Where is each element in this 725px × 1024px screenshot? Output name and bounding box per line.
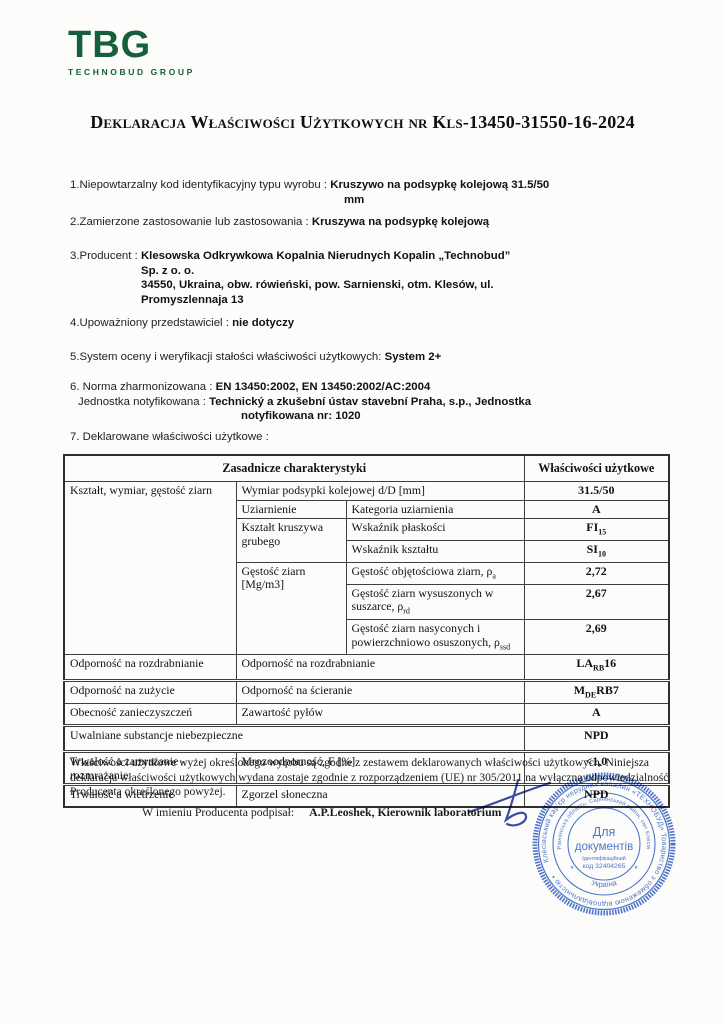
item-1-value-line2: mm (344, 194, 364, 206)
val-fragmentation: LARB16 (524, 655, 669, 681)
item-5-value: System 2+ (385, 351, 442, 363)
table-row: Obecność zanieczyszczeń Zawartość pyłów … (64, 704, 669, 726)
item-7-declared-performance: 7. Deklarowane właściwości użytkowe : (70, 430, 650, 445)
val-abrasion: MDERB7 (524, 681, 669, 704)
item-6-label2: Jednostka notyfikowana : (78, 396, 206, 408)
document-page: TBG TECHNOBUD GROUP Deklaracja Właściwoś… (0, 0, 725, 1024)
item-6-label: 6. Norma zharmonizowana : (70, 381, 212, 393)
val-apparent-density: 2,72 (524, 562, 669, 584)
val-oven-dried-density: 2,67 (524, 584, 669, 619)
item-3-line4: Promyszlennaja 13 (141, 294, 244, 306)
prop-fines-content: Zawartość pyłów (236, 704, 524, 726)
stamp-center-line2: документів (575, 841, 633, 853)
item-4-label: 4.Upoważniony przedstawiciel : (70, 317, 229, 329)
val-fines-content: A (524, 704, 669, 726)
item-1-label: 1.Niepowtarzalny kod identyfikacyjny typ… (70, 179, 327, 191)
signed-label: W imieniu Producenta podpisał: (142, 805, 294, 819)
item-3-producer: 3.Producent : Klesowska Odkrywkowa Kopal… (70, 249, 650, 307)
item-6-value3: notyfikowana nr: 1020 (241, 410, 361, 422)
stamp-star-right: * (634, 864, 638, 874)
table-row: Odporność na zużycie Odporność na ściera… (64, 681, 669, 704)
stamp-center-line4: код 32404265 (583, 863, 626, 870)
prop-shape-index: Wskaźnik kształtu (346, 540, 524, 562)
prop-abrasion: Odporność na ścieranie (236, 681, 524, 704)
item-3-line3: 34550, Ukraina, obw. rówieński, pow. Sar… (141, 279, 494, 291)
val-shape-index: SI10 (524, 540, 669, 562)
header-essential-characteristics: Zasadnicze charakterystyki (64, 455, 524, 482)
group-fragmentation: Odporność na rozdrabnianie (64, 655, 236, 681)
stamp-center-line3: Ідентифікаційний (582, 855, 626, 862)
item-6-harmonised-standard: 6. Norma zharmonizowana : EN 13450:2002,… (70, 380, 650, 424)
prop-ssd-density: Gęstość ziarn nasyconych i powierzchniow… (346, 620, 524, 655)
table-row: Odporność na rozdrabnianie Odporność na … (64, 655, 669, 681)
val-dangerous-substances: NPD (524, 726, 669, 752)
item-2-intended-use: 2.Zamierzone zastosowanie lub zastosowan… (70, 215, 650, 230)
group-wear: Odporność na zużycie (64, 681, 236, 704)
company-stamp: Клесівський кар'єр нерудних копалин «ТЕХ… (530, 770, 678, 918)
val-grading: A (524, 501, 669, 519)
item-3-label: 3.Producent : (70, 250, 138, 262)
prop-fragmentation: Odporność na rozdrabnianie (236, 655, 524, 681)
logo-text: TBG (68, 27, 195, 63)
signing-line: W imieniu Producenta podpisał: A.P.Leosh… (142, 805, 501, 820)
prop-oven-dried-density: Gęstość ziarn wysuszonych w suszarce, ρr… (346, 584, 524, 619)
group-shape-size-density: Kształt, wymiar, gęstość ziarn (64, 482, 236, 655)
table-row: Uwalniane substancje niebezpieczne NPD (64, 726, 669, 752)
item-3-line1: Klesowska Odkrywkowa Kopalnia Nierudnych… (141, 250, 510, 262)
group-impurities: Obecność zanieczyszczeń (64, 704, 236, 726)
item-4-representative: 4.Upoważniony przedstawiciel : nie dotyc… (70, 316, 650, 331)
company-logo: TBG TECHNOBUD GROUP (68, 27, 195, 77)
group-particle-density: Gęstość ziarn [Mg/m3] (236, 562, 346, 655)
header-performance: Właściwości użytkowe (524, 455, 669, 482)
item-6-value2: Technický a zkušební ústav stavební Prah… (209, 396, 531, 408)
item-2-label: 2.Zamierzone zastosowanie lub zastosowan… (70, 216, 309, 228)
stamp-star-left: * (570, 864, 574, 874)
logo-subtext: TECHNOBUD GROUP (68, 67, 195, 77)
val-ssd-density: 2,69 (524, 620, 669, 655)
item-5-label: 5.System oceny i weryfikacji stałości wł… (70, 351, 381, 363)
val-flakiness: FI15 (524, 519, 669, 541)
item-2-value: Kruszywa na podsypkę kolejową (312, 216, 489, 228)
prop-apparent-density: Gęstość objętościowa ziarn, ρa (346, 562, 524, 584)
item-4-value: nie dotyczy (232, 317, 294, 329)
prop-ballast-size: Wymiar podsypki kolejowej d/D [mm] (236, 482, 524, 501)
item-1-value: Kruszywo na podsypkę kolejową 31.5/50 (330, 179, 549, 191)
val-ballast-size: 31.5/50 (524, 482, 669, 501)
item-6-value: EN 13450:2002, EN 13450:2002/AC:2004 (216, 381, 431, 393)
prop-dangerous-substances: Uwalniane substancje niebezpieczne (64, 726, 524, 752)
document-title: Deklaracja Właściwości Użytkowych nr Kls… (0, 112, 725, 133)
item-5-avcp-system: 5.System oceny i weryfikacji stałości wł… (70, 350, 650, 365)
declaration-table: Zasadnicze charakterystyki Właściwości u… (63, 454, 670, 808)
table-header-row: Zasadnicze charakterystyki Właściwości u… (64, 455, 669, 482)
item-1-product-code: 1.Niepowtarzalny kod identyfikacyjny typ… (70, 178, 650, 207)
stamp-center-line1: Для (593, 825, 616, 839)
item-7-label: 7. Deklarowane właściwości użytkowe : (70, 431, 269, 443)
table-row: Kształt, wymiar, gęstość ziarn Wymiar po… (64, 482, 669, 501)
prop-grading-category: Kategoria uziarnienia (346, 501, 524, 519)
prop-flakiness: Wskaźnik płaskości (346, 519, 524, 541)
item-3-line2: Sp. z o. o. (141, 265, 194, 277)
sub-grading: Uziarnienie (236, 501, 346, 519)
group-coarse-shape: Kształt kruszywa grubego (236, 519, 346, 563)
